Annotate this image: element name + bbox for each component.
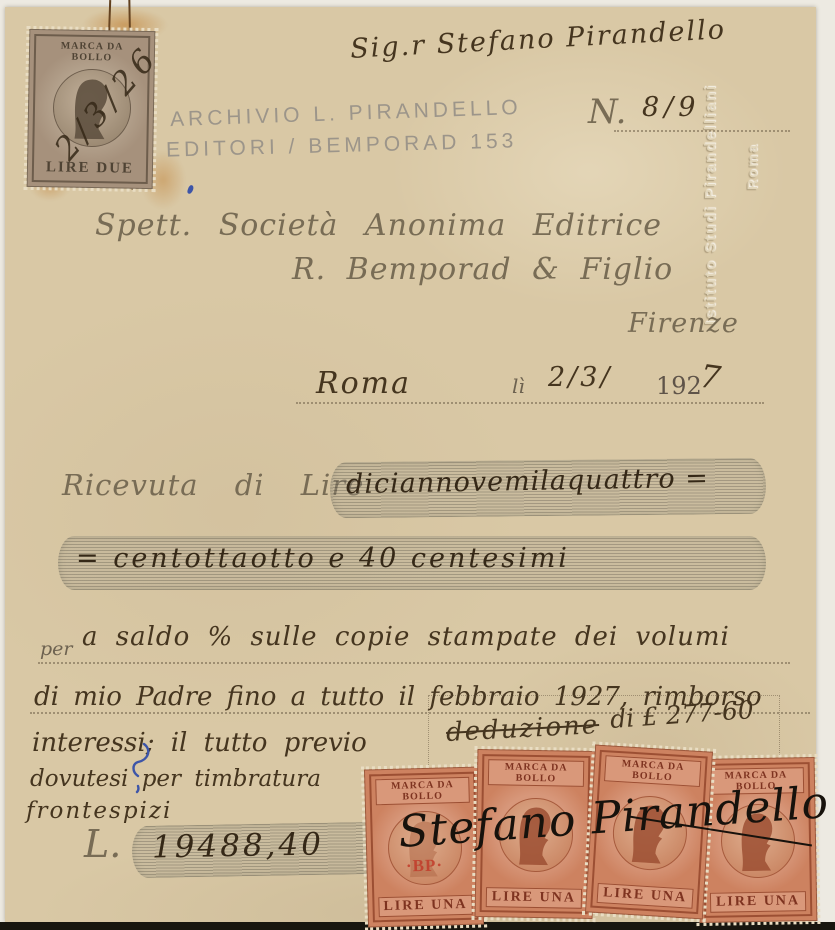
stamp-value: LIRE UNA bbox=[597, 883, 694, 909]
dateline-year-printed: 192 bbox=[656, 372, 702, 400]
receipt-label: Ricevuta di Lire bbox=[62, 468, 364, 502]
body-line1: a saldo % sulle copie stampate dei volum… bbox=[82, 622, 730, 652]
body-line5: frontespizi bbox=[26, 798, 172, 824]
dateline-place: Roma bbox=[316, 366, 411, 401]
emboss-institute-text: Istituto Studi Pirandelliani bbox=[702, 60, 719, 325]
total-value: 19488,40 bbox=[152, 827, 325, 866]
per-label: per bbox=[40, 638, 73, 660]
number-label: N. bbox=[588, 92, 626, 132]
dateline-dotted-line bbox=[296, 402, 764, 404]
stamp-value: LIRE UNA bbox=[378, 895, 472, 917]
dateline-li-label: lì bbox=[512, 374, 525, 398]
amount-words-line1: diciannovemilaquattro = bbox=[346, 463, 709, 500]
stamp-value: LIRE UNA bbox=[486, 887, 582, 909]
number-value: 8/9 bbox=[642, 92, 700, 123]
emboss-city-text: Roma bbox=[744, 126, 760, 190]
body-dotted-line1 bbox=[38, 662, 790, 664]
dateline-day-month: 2/3/ bbox=[548, 362, 613, 393]
body-line3: interessi; il tutto previo bbox=[32, 728, 367, 758]
address-line2: R. Bemporad & Figlio bbox=[292, 252, 673, 287]
total-label: L. bbox=[84, 822, 121, 866]
stamp-overprint: ·BP· bbox=[373, 854, 475, 877]
stamp-header: MARCA DA BOLLO bbox=[604, 755, 701, 787]
amount-words-line2: = centottaotto e 40 centesimi bbox=[76, 543, 570, 574]
revenue-stamp-lire-due: MARCA DA BOLLO LIRE DUE 2/3/26 bbox=[27, 29, 156, 189]
receipt-scan: MARCA DA BOLLO LIRE DUE 2/3/26 ARCHIVIO … bbox=[0, 0, 835, 930]
stamp-header: MARCA DA BOLLO bbox=[488, 759, 584, 787]
stamp-header: MARCA DA BOLLO bbox=[375, 777, 470, 805]
stamp-value: LIRE UNA bbox=[710, 891, 806, 913]
stamp-value: LIRE DUE bbox=[38, 159, 142, 178]
address-line1: Spett. Società Anonima Editrice bbox=[95, 208, 662, 243]
blue-ink-squiggle bbox=[126, 742, 152, 794]
body-line4: dovutesi per timbratura bbox=[30, 766, 321, 792]
address-city: Firenze bbox=[628, 308, 739, 339]
